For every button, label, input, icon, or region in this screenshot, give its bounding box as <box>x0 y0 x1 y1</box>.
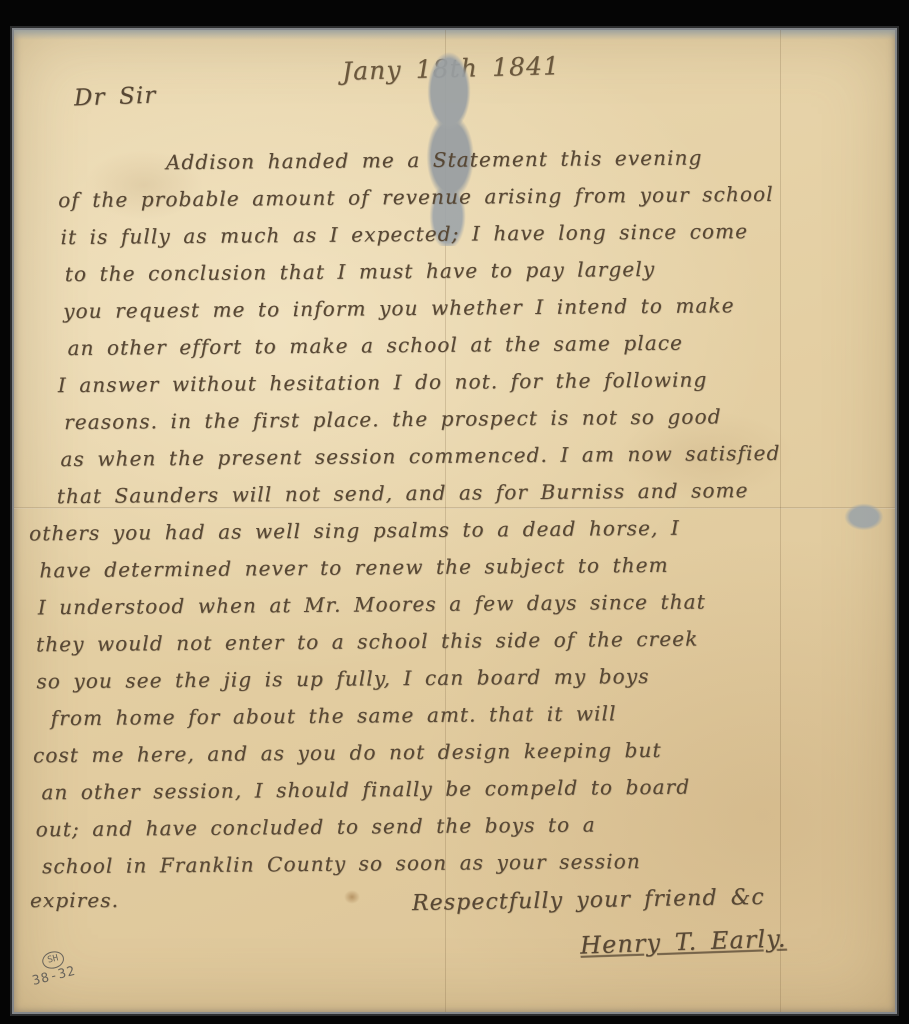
gray-edge-spot <box>832 498 890 540</box>
salutation: Dr Sir <box>74 83 157 112</box>
letter-line: I answer without hesitation I do not. fo… <box>58 367 780 410</box>
letter-line: from home for about the same amt. that i… <box>51 700 783 743</box>
stamp-number: 38-32 <box>31 964 77 989</box>
letter-line: an other session, I should finally be co… <box>41 774 783 817</box>
letter-body: Addison handed me a Statement this eveni… <box>54 145 784 891</box>
letter-line: have determined never to renew the subje… <box>39 552 781 595</box>
archive-stamp: SH 38-32 <box>27 947 78 989</box>
letter-line: I understood when at Mr. Moores a few da… <box>38 589 782 632</box>
letter-line: reasons. in the first place. the prospec… <box>64 404 780 447</box>
closing-word-expires: expires. <box>30 888 119 912</box>
letter-line: it is fully as much as I expected; I hav… <box>60 219 778 262</box>
signature: Henry T. Early. <box>580 924 787 959</box>
letter-line: of the probable amount of revenue arisin… <box>58 182 778 225</box>
letter-line: you request me to inform you whether I i… <box>63 293 779 336</box>
letter-page: Jany 18th 1841 Dr Sir Addison handed me … <box>12 28 897 1014</box>
letter-line: Addison handed me a Statement this eveni… <box>166 145 778 187</box>
scan-background: Jany 18th 1841 Dr Sir Addison handed me … <box>0 0 909 1024</box>
letter-line: an other effort to make a school at the … <box>67 330 779 373</box>
closing-respectfully: Respectfully your friend &c <box>412 885 765 916</box>
paper-stain <box>344 890 360 904</box>
letter-line: as when the present session commenced. I… <box>60 441 780 484</box>
letter-line: school in Franklin County so soon as you… <box>42 848 784 891</box>
paper-top-edge-tint <box>14 30 895 40</box>
letter-line: to the conclusion that I must have to pa… <box>65 256 779 299</box>
letter-line: that Saunders will not send, and as for … <box>57 478 781 521</box>
